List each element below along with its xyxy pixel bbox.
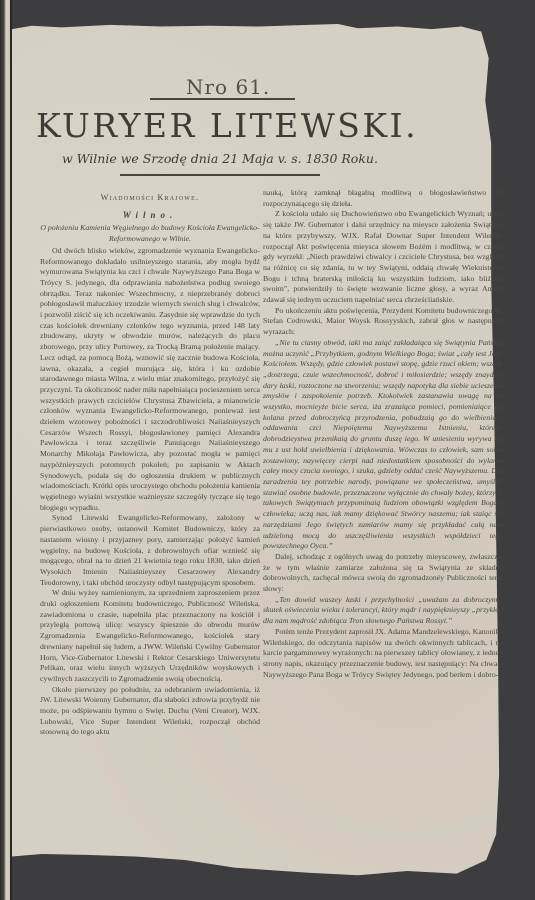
dateline: w Wilnie we Srzodę dnia 21 Maja v. s. 18… [62, 151, 378, 166]
article-paragraph: Dalej, schodząc z ogólnych uwag do potrz… [263, 552, 503, 595]
article-paragraph: Po ukończeniu aktu poświęcenia, Prezyden… [263, 306, 503, 338]
issue-number: Nro 61. [186, 75, 270, 99]
masthead-rule-bottom [120, 174, 320, 176]
article-paragraph: Z kościoła udało się Duchowieństwo obu E… [263, 209, 503, 305]
place-heading: Wilno. [40, 210, 260, 221]
article-subtitle: O położeniu Kamienia Węgielnego do budow… [40, 223, 260, 244]
left-column: Wiadomości Krajowe. Wilno. O położeniu K… [40, 193, 260, 738]
binding-edge [10, 0, 12, 900]
article-paragraph: Potém tenże Prezydent zaprosił JX. Adama… [263, 627, 503, 681]
masthead-rule-top [150, 98, 295, 100]
newspaper-title: KURYER LITEWSKI. [36, 106, 396, 145]
right-column: nauką, którą zamknął błagalną modlitwą o… [263, 188, 503, 680]
article-paragraph: nauką, którą zamknął błagalną modlitwą o… [263, 188, 503, 209]
section-heading: Wiadomości Krajowe. [40, 193, 260, 204]
article-paragraph: Synod Litewski Ewangelicko-Reformowany, … [40, 513, 260, 588]
book-spine [0, 0, 10, 900]
article-paragraph: Od dwóch blisko wieków, zgromadzenie wyz… [40, 246, 260, 514]
speech-paragraph: „Nie tu ciasny obwód, iaki ma zaiąć zakł… [263, 338, 503, 552]
speech-paragraph: „Ten dowód waszey łaski i przychylności … [263, 595, 503, 627]
article-paragraph: Około pierwszey po południu, za odebrani… [40, 685, 260, 739]
article-paragraph: W dniu wyżey namienionym, za uprzedniem … [40, 588, 260, 684]
